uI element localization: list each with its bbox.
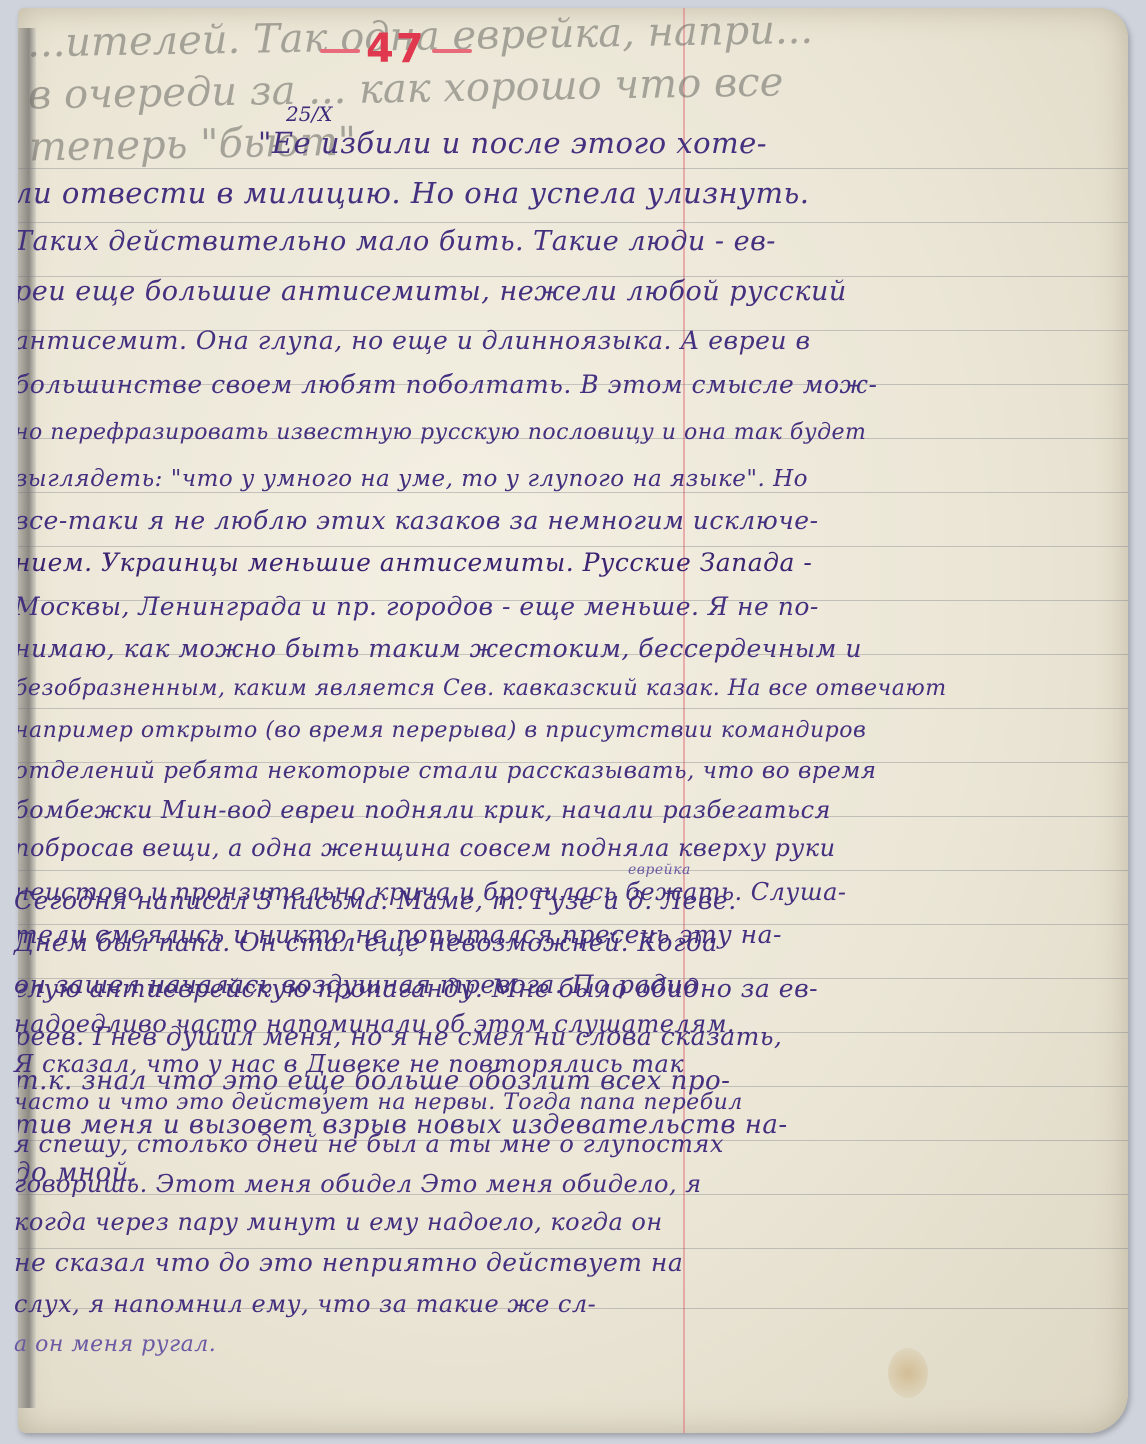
text-line: слух, я напомнил ему, что за такие же сл… bbox=[14, 1290, 596, 1318]
text-line: все-таки я не люблю этих казаков за немн… bbox=[18, 506, 819, 535]
insertion-text: еврейка bbox=[628, 862, 691, 878]
text-line: например открыто (во время перерыва) в п… bbox=[18, 718, 866, 743]
text-line: "Ее избили и после этого хоте- bbox=[258, 126, 767, 160]
ruled-line bbox=[18, 492, 1128, 493]
text-line: говоришь. Этот меня обидел Это меня обид… bbox=[14, 1170, 702, 1198]
text-line: Днем был папа. Он стал еще невозможней. … bbox=[14, 928, 718, 957]
text-line: надоедливо часто напоминали об этом слуш… bbox=[14, 1010, 735, 1038]
ruled-line bbox=[18, 546, 1128, 547]
text-line: большинстве своем любят поболтать. В это… bbox=[18, 370, 877, 399]
text-line: нимаю, как можно быть таким жестоким, бе… bbox=[18, 634, 862, 663]
text-line: бомбежки Мин-вод евреи подняли крик, нач… bbox=[18, 796, 831, 824]
text-line: ли отвести в милицию. Но она успела улиз… bbox=[18, 176, 809, 210]
text-line: нием. Украинцы меньшие антисемиты. Русск… bbox=[18, 548, 812, 577]
stain bbox=[888, 1348, 928, 1398]
page-number: 47 bbox=[314, 26, 478, 72]
text-line: а он меня ругал. bbox=[14, 1332, 216, 1357]
text-line: Я сказал, что у нас в Дивеке не повторял… bbox=[14, 1050, 684, 1078]
text-line: он зашел началась воздушная тревога. По … bbox=[14, 970, 698, 999]
text-line: антисемит. Она глупа, но еще и длинноязы… bbox=[18, 326, 811, 355]
text-line: реи еще большие антисемиты, нежели любой… bbox=[18, 276, 847, 307]
text-line: побросав вещи, а одна женщина совсем под… bbox=[18, 834, 836, 862]
text-line: когда через пару минут и ему надоело, ко… bbox=[14, 1208, 663, 1236]
text-line: Таких действительно мало бить. Такие люд… bbox=[18, 226, 776, 257]
text-line: часто и что это действует на нервы. Тогд… bbox=[14, 1090, 743, 1115]
ruled-line bbox=[18, 222, 1128, 223]
ruled-line bbox=[18, 708, 1128, 709]
entry-date: 25/X bbox=[286, 102, 332, 126]
text-line: безобразненным, каким является Сев. кавк… bbox=[18, 676, 947, 701]
text-line: выглядеть: "что у умного на уме, то у гл… bbox=[18, 466, 808, 492]
ruled-line bbox=[18, 870, 1128, 871]
text-line: Сегодня написал 3 письма. Маме, т. Гузе … bbox=[14, 886, 737, 915]
text-line: Москвы, Ленинграда и пр. городов - еще м… bbox=[18, 592, 819, 621]
text-line: я спешу, столько дней не был а ты мне о … bbox=[14, 1130, 724, 1158]
text-line: отделений ребята некоторые стали рассказ… bbox=[18, 758, 877, 784]
text-line: не сказал что до это неприятно действует… bbox=[14, 1248, 683, 1277]
text-line: но перефразировать известную русскую пос… bbox=[18, 420, 866, 445]
